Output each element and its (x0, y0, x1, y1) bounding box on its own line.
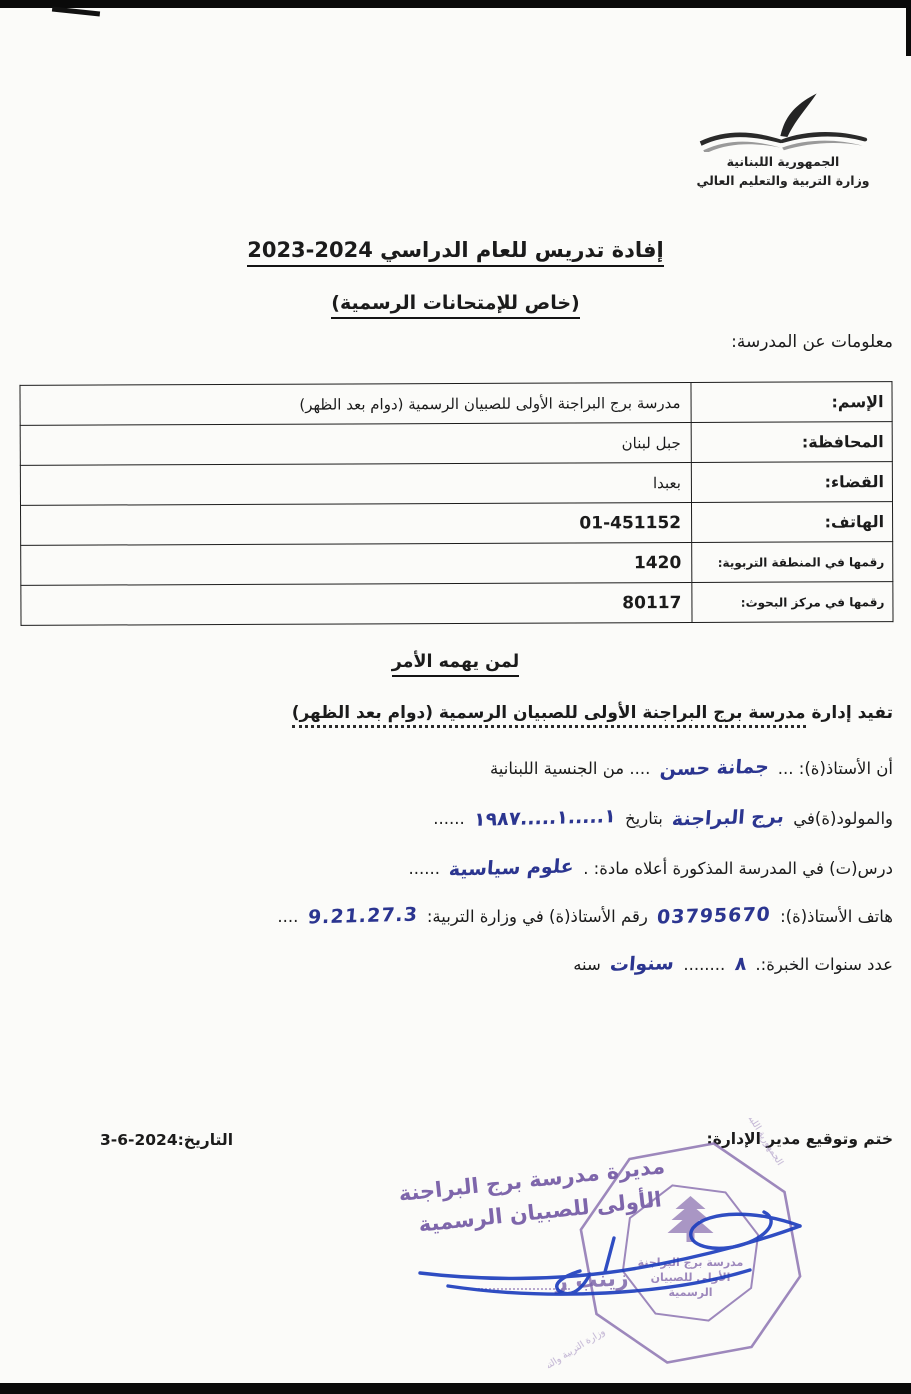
body-line-3: والمولود(ة)في برج البراجنة بتاريخ ١.....… (30, 807, 893, 829)
dotted-leader: .... (277, 907, 298, 926)
concern-heading-text: لمن يهمه الأمر (392, 652, 519, 677)
date-label: التاريخ:2024-6-3 (100, 1131, 233, 1149)
handwritten-birthplace: برج البراجنة (667, 805, 789, 830)
handwritten-teacher-name: جمانة حسن (655, 755, 774, 780)
handwritten-experience-years: ٨ (730, 953, 751, 976)
body-line-4: درس(ت) في المدرسة المذكورة أعلاه مادة: .… (30, 857, 893, 879)
body-text: أن الأستاذ(ة): (799, 759, 893, 778)
concern-heading: لمن يهمه الأمر (0, 652, 911, 672)
row-label: الإسم: (691, 382, 892, 423)
stamp-edge-text: الجمهورية اللبنانية (739, 1118, 785, 1168)
document-subtitle-text: (خاص للإمتحانات الرسمية) (331, 292, 579, 319)
handwritten-subject: علوم سياسية (444, 855, 578, 881)
row-value: 1420 (21, 542, 692, 585)
document-subtitle: (خاص للإمتحانات الرسمية) (0, 292, 911, 314)
school-info-heading: معلومات عن المدرسة: (731, 332, 893, 352)
row-value: بعبدا (20, 462, 691, 505)
body-line-2: أن الأستاذ(ة): ... جمانة حسن .... من الج… (30, 757, 893, 779)
handwritten-ministry-number: 9.21.27.3 (303, 903, 423, 928)
handwritten-phone: 03795670 (652, 903, 775, 928)
row-label: المحافظة: (691, 422, 892, 463)
ministry-line: وزارة التربية والتعليم العالي (683, 171, 883, 190)
row-label: رقمها في مركز البحوث: (692, 582, 893, 623)
school-info-table: الإسم: مدرسة برج البراجنة الأولى للصبيان… (19, 381, 893, 626)
dotted-leader: ... (778, 759, 794, 778)
table-row: الهاتف: 01-451152 (21, 502, 893, 546)
table-row: القضاء: بعبدا (20, 462, 892, 506)
row-label: القضاء: (691, 462, 892, 503)
body-text: سنه (573, 955, 601, 974)
scanned-document-page: الجمهورية اللبنانية وزارة التربية والتعل… (0, 0, 911, 1394)
dotted-leader: .... (629, 759, 650, 778)
school-name-underlined: مدرسة برج البراجنة الأولى للصبيان الرسمي… (292, 703, 806, 728)
body-line-1: تفيد إدارة مدرسة برج البراجنة الأولى للص… (30, 703, 893, 723)
ministry-header: الجمهورية اللبنانية وزارة التربية والتعل… (683, 90, 883, 191)
row-label: رقمها في المنطقة التربوية: (692, 542, 893, 583)
document-title: إفادة تدريس للعام الدراسي 2024-2023 (0, 238, 911, 262)
scan-mark (52, 7, 100, 17)
scan-edge-top (0, 0, 911, 8)
body-text: من الجنسية اللبنانية (490, 759, 624, 778)
document-title-text: إفادة تدريس للعام الدراسي 2024-2023 (247, 238, 664, 267)
row-value: 01-451152 (21, 502, 692, 545)
row-value: جبل لبنان (20, 422, 691, 465)
republic-line: الجمهورية اللبنانية (683, 152, 883, 171)
body-text: رقم الأستاذ(ة) في وزارة التربية: (427, 907, 648, 926)
handwritten-birthdate: ١.....١.....١٩٨٧ (469, 805, 620, 831)
table-row: رقمها في مركز البحوث: 80117 (21, 582, 893, 626)
body-line-5: هاتف الأستاذ(ة): 03795670 رقم الأستاذ(ة)… (30, 905, 893, 927)
body-text: عدد سنوات الخبرة:. (755, 955, 893, 974)
body-line-6: عدد سنوات الخبرة:. ٨ ........ سنوات سنه (30, 953, 893, 975)
row-label: الهاتف: (691, 502, 892, 543)
body-text: تفيد إدارة (806, 703, 893, 723)
dotted-leader: ........ (683, 955, 725, 974)
table-row: المحافظة: جبل لبنان (20, 422, 892, 466)
row-value: مدرسة برج البراجنة الأولى للصبيان الرسمي… (20, 382, 691, 425)
row-value: 80117 (21, 582, 692, 625)
body-text: بتاريخ (625, 809, 663, 828)
body-text: درس(ت) في المدرسة المذكورة أعلاه مادة: . (583, 859, 893, 878)
dotted-leader: ...... (408, 859, 439, 878)
stamp-edge-text: وزارة التربية والتعليم العالي (548, 1326, 607, 1388)
handwritten-years-word: سنوات (605, 952, 679, 976)
scan-edge-right (906, 0, 911, 56)
dotted-leader: ...... (433, 809, 464, 828)
open-book-logo-icon (693, 90, 873, 152)
table-row: الإسم: مدرسة برج البراجنة الأولى للصبيان… (20, 382, 892, 426)
body-text: هاتف الأستاذ(ة): (780, 907, 893, 926)
body-text: والمولود(ة)في (793, 809, 893, 828)
director-signature-icon (408, 1198, 808, 1308)
table-row: رقمها في المنطقة التربوية: 1420 (21, 542, 893, 586)
